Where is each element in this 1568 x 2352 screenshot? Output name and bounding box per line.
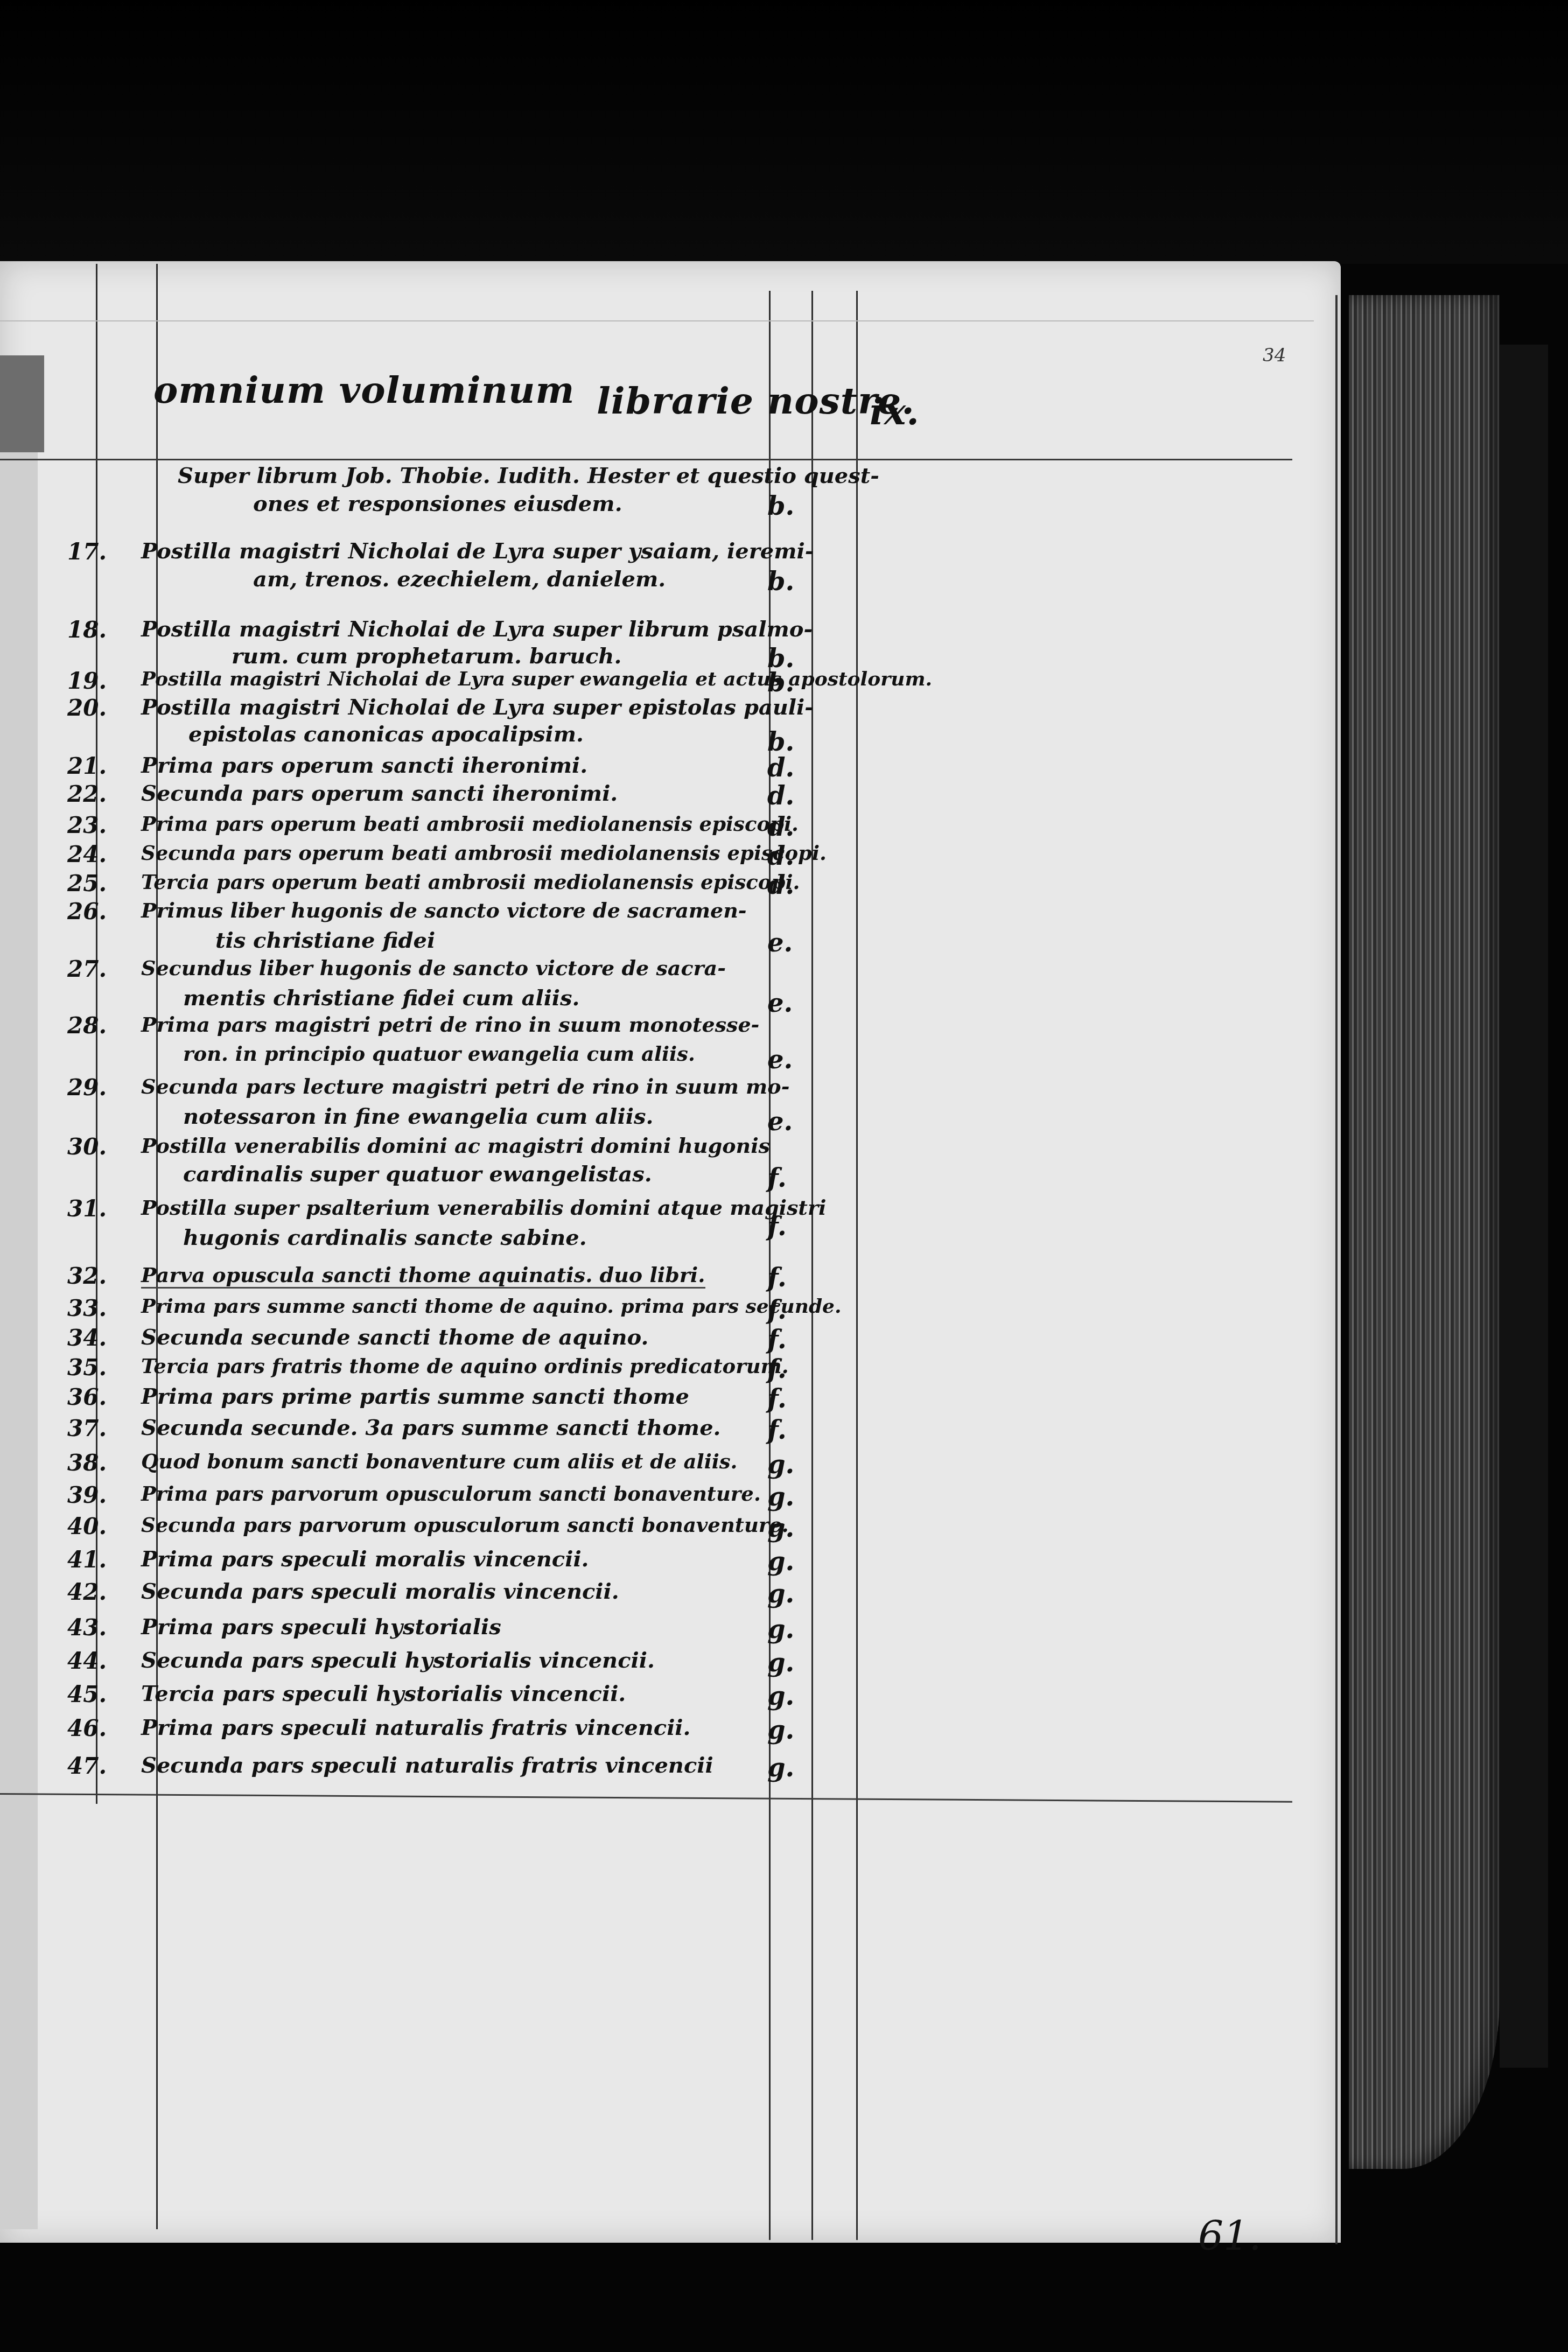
entry-title-cont: rum. cum prophetarum. baruch. [232,643,621,669]
entry-number: 31. [67,1195,148,1222]
entry-title: Postilla magistri Nicholai de Lyra super… [141,668,932,690]
shelf-mark: g. [767,1482,794,1512]
dark-background [0,0,1568,264]
entry-title: Prima pars speculi hystorialis [141,1614,501,1640]
entry-number: 41. [67,1546,148,1573]
entry-number: 44. [67,1648,148,1674]
shelf-mark: d. [767,870,794,900]
signature-mark: 61. [1198,2213,1262,2259]
shelf-mark: g. [767,1546,794,1577]
entry-title: Prima pars parvorum opusculorum sancti b… [141,1482,761,1506]
entry-title: Secunda pars operum beati ambrosii medio… [141,841,827,865]
ruling-top-faint [0,320,1314,321]
shelf-mark: g. [767,1681,794,1711]
shelf-mark: f. [767,1384,787,1414]
shelf-mark: f. [767,1263,787,1293]
entry-title-cont: ones et responsiones eiusdem. [253,491,622,516]
entry-title: Postilla venerabilis domini ac magistri … [141,1133,770,1158]
entry-title: Prima pars speculi moralis vincencii. [141,1546,589,1572]
shelf-mark: f. [767,1163,787,1193]
entry-number: 46. [67,1715,148,1741]
entry-number: 40. [67,1513,148,1539]
entry-number: 19. [67,668,148,694]
shelf-mark: g. [767,1513,794,1543]
shelf-mark: g. [767,1579,794,1609]
entry-title: Secunda pars speculi naturalis fratris v… [141,1753,713,1778]
shelf-mark: d. [767,753,794,783]
shelf-mark: f. [767,1325,787,1355]
entry-title: Primus liber hugonis de sancto victore d… [141,898,747,922]
entry-number: 17. [67,538,148,565]
entry-number: 29. [67,1074,148,1101]
entry-title: Super librum Job. Thobie. Iudith. Hester… [178,463,879,488]
entry-number: 26. [67,898,148,925]
folio-number: 34 [1263,345,1286,366]
entry-title: Prima pars operum beati ambrosii mediola… [141,812,799,836]
entry-number: 21. [67,753,148,779]
facing-page-shadow [0,355,44,452]
shelf-mark: e. [767,928,793,958]
entry-number: 34. [67,1325,148,1351]
entry-title-cont: notessaron in fine ewangelia cum aliis. [183,1104,653,1129]
entry-title: Postilla magistri Nicholai de Lyra super… [141,695,814,720]
entry-title: Secunda pars speculi hystorialis vincenc… [141,1648,655,1673]
entry-title: Postilla magistri Nicholai de Lyra super… [141,538,814,564]
shelf-mark: g. [767,1715,794,1745]
header-omnium-voluminum: omnium voluminum [153,369,575,412]
entry-number: 37. [67,1415,148,1441]
entry-title: Parva opuscula sancti thome aquinatis. d… [141,1263,705,1289]
ruling-vertical-outer [856,291,858,2240]
entry-number: 22. [67,781,148,807]
entry-title-cont: mentis christiane fidei cum aliis. [183,985,580,1011]
entry-title: Secunda secunde. 3a pars summe sancti th… [141,1415,721,1440]
entry-title-cont: cardinalis super quatuor ewangelistas. [183,1161,652,1187]
entry-number: 39. [67,1482,148,1508]
shelf-mark: g. [767,1648,794,1678]
entry-title-cont: hugonis cardinalis sancte sabine. [183,1225,587,1250]
entry-number: 33. [67,1295,148,1321]
entry-title: Secundus liber hugonis de sancto victore… [141,956,726,980]
shelf-mark: g. [767,1614,794,1644]
entry-number: 18. [67,617,148,643]
ruling-vertical-shelf-right [811,291,813,2240]
shelf-mark: g. [767,1753,794,1783]
entry-title: Tercia pars speculi hystorialis vincenci… [141,1681,626,1706]
entry-title: Prima pars prime partis summe sancti tho… [141,1384,689,1409]
entry-title-cont: tis christiane fidei [215,928,435,953]
entry-title: Tercia pars operum beati ambrosii mediol… [141,870,800,894]
shelf-mark: b. [767,566,794,597]
header-folio-roman: ix. [870,390,920,433]
shelf-mark: f. [767,1212,787,1242]
entry-title: Secunda pars parvorum opusculorum sancti… [141,1513,789,1537]
entry-title: Quod bonum sancti bonaventure cum aliis … [141,1450,737,1473]
entry-number: 30. [67,1133,148,1160]
entry-number: 45. [67,1681,148,1707]
entry-number: 28. [67,1012,148,1039]
entry-title-cont: am, trenos. ezechielem, danielem. [253,566,666,592]
entry-number: 20. [67,695,148,721]
entry-number: 38. [67,1450,148,1476]
entry-title: Secunda secunde sancti thome de aquino. [141,1325,648,1350]
shelf-mark: b. [767,491,794,521]
entry-title-cont: ron. in principio quatuor ewangelia cum … [183,1042,695,1066]
entry-title: Postilla magistri Nicholai de Lyra super… [141,617,813,642]
shelf-mark: e. [767,988,793,1018]
shelf-mark: d. [767,841,794,871]
entry-title-cont: epistolas canonicas apocalipsim. [188,722,584,747]
entry-number: 42. [67,1579,148,1605]
entry-number: 47. [67,1753,148,1779]
shelf-mark: f. [767,1354,787,1384]
entry-title: Prima pars magistri petri de rino in suu… [141,1012,759,1037]
entry-title: Prima pars operum sancti iheronimi. [141,753,587,778]
entry-title: Postilla super psalterium venerabilis do… [141,1195,826,1220]
entry-number: 35. [67,1354,148,1381]
entry-number: 32. [67,1263,148,1289]
header-librarie-nostre: librarie nostre. [597,380,915,423]
book-fore-edge [1349,295,1500,2169]
shelf-mark: g. [767,1450,794,1480]
facing-page-edge [0,452,38,2229]
entry-number: 43. [67,1614,148,1641]
entry-title: Secunda pars lecture magistri petri de r… [141,1074,789,1098]
entry-number: 27. [67,956,148,982]
entry-title: Secunda pars operum sancti iheronimi. [141,781,618,806]
shelf-mark: e. [767,1045,793,1075]
shelf-mark: d. [767,812,794,842]
entry-number: 24. [67,841,148,867]
entry-number: 36. [67,1384,148,1410]
shelf-mark: f. [767,1295,787,1325]
shelf-mark: b. [767,668,794,698]
page-edge-line [1335,295,1338,2244]
shelf-mark: f. [767,1415,787,1445]
entry-title: Prima pars speculi naturalis fratris vin… [141,1715,690,1740]
entry-title: Tercia pars fratris thome de aquino ordi… [141,1354,789,1378]
entry-title: Prima pars summe sancti thome de aquino.… [141,1295,842,1318]
ruling-header-line [0,459,1292,460]
shelf-mark: d. [767,781,794,811]
book-cover-edge [1500,345,1548,2068]
shelf-mark: e. [767,1107,793,1137]
entry-number: 25. [67,870,148,897]
entry-title: Secunda pars speculi moralis vincencii. [141,1579,619,1604]
entry-number: 23. [67,812,148,838]
